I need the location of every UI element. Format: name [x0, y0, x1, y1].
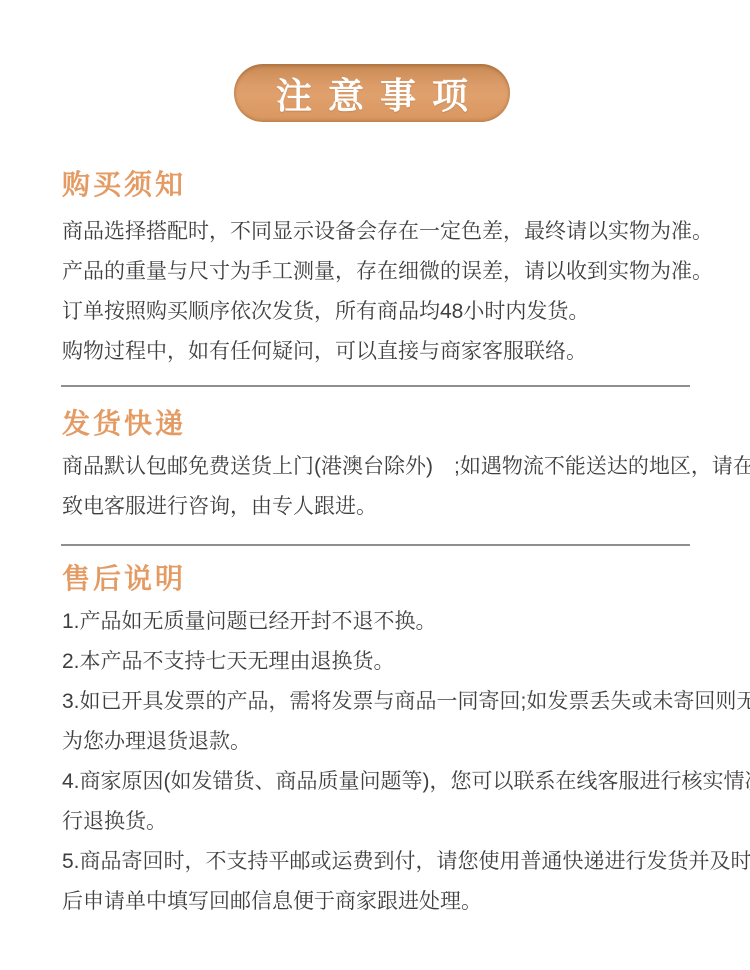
section-heading-after-sales: 售后说明	[62, 562, 186, 596]
body-line: 为您办理退货退款。	[62, 722, 722, 762]
notice-page: 注意事项 购买须知 商品选择搭配时，不同显示设备会存在一定色差，最终请以实物为准…	[0, 0, 750, 970]
body-line: 产品的重量与尺寸为手工测量，存在细微的误差，请以收到实物为准。	[62, 252, 722, 292]
body-line: 商品默认包邮免费送货上门(港澳台除外) ;如遇物流不能送达的地区，请在线或	[62, 447, 722, 487]
body-line: 4.商家原因(如发错货、商品质量问题等)，您可以联系在线客服进行核实情况，进	[62, 762, 722, 802]
body-line: 1.产品如无质量问题已经开封不退不换。	[62, 602, 722, 642]
body-line: 致电客服进行咨询，由专人跟进。	[62, 487, 722, 527]
notice-title-banner: 注意事项	[234, 64, 510, 122]
section-heading-shipping: 发货快递	[62, 407, 186, 441]
section-heading-purchase-notes: 购买须知	[62, 168, 186, 202]
section-divider	[61, 544, 690, 546]
body-line: 5.商品寄回时，不支持平邮或运费到付，请您使用普通快递进行发货并及时在售	[62, 842, 722, 882]
body-line: 行退换货。	[62, 802, 722, 842]
body-line: 商品选择搭配时，不同显示设备会存在一定色差，最终请以实物为准。	[62, 212, 722, 252]
body-line: 订单按照购买顺序依次发货，所有商品均48小时内发货。	[62, 292, 722, 332]
body-line: 3.如已开具发票的产品，需将发票与商品一同寄回;如发票丢失或未寄回则无法	[62, 682, 722, 722]
body-line: 购物过程中，如有任何疑问，可以直接与商家客服联络。	[62, 332, 722, 372]
notice-title: 注意事项	[276, 68, 484, 119]
section-body-shipping: 商品默认包邮免费送货上门(港澳台除外) ;如遇物流不能送达的地区，请在线或 致电…	[62, 447, 722, 527]
section-divider	[61, 385, 690, 387]
section-body-purchase-notes: 商品选择搭配时，不同显示设备会存在一定色差，最终请以实物为准。 产品的重量与尺寸…	[62, 212, 722, 372]
body-line: 后申请单中填写回邮信息便于商家跟进处理。	[62, 882, 722, 922]
body-line: 2.本产品不支持七天无理由退换货。	[62, 642, 722, 682]
section-body-after-sales: 1.产品如无质量问题已经开封不退不换。 2.本产品不支持七天无理由退换货。 3.…	[62, 602, 722, 922]
